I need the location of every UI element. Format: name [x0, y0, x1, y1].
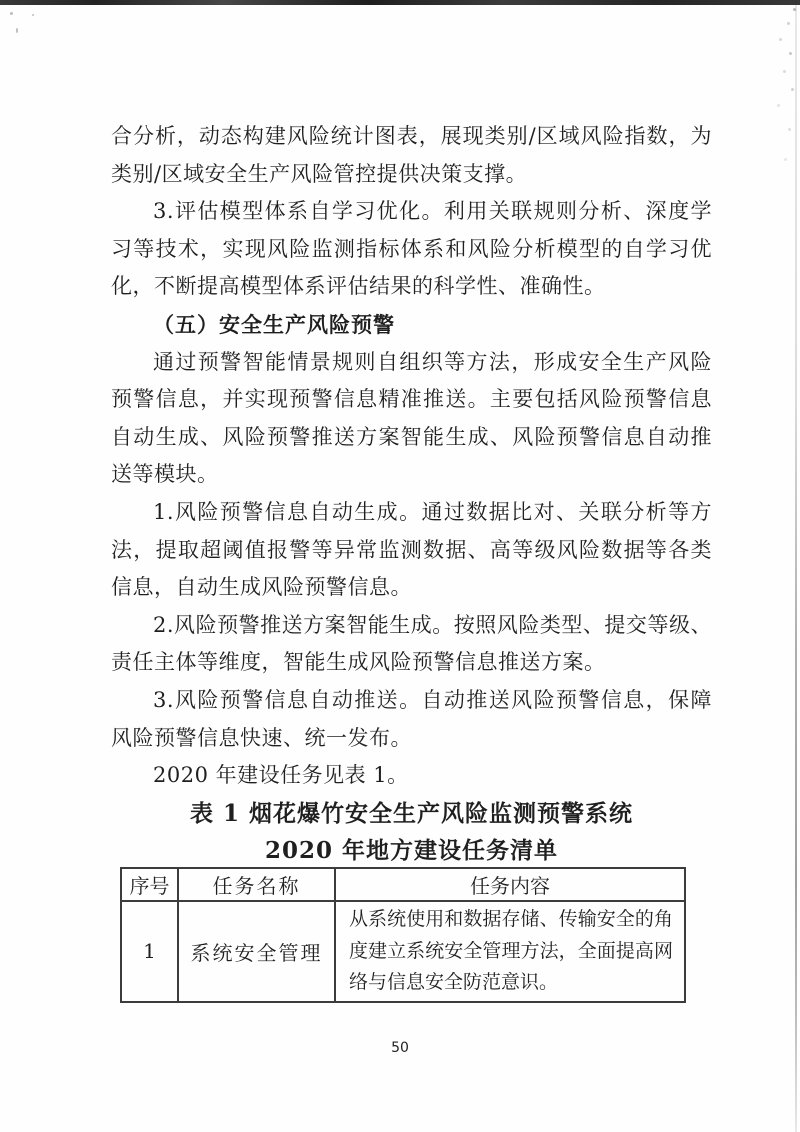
header-cell-name: 任务名称 — [178, 868, 335, 901]
cell-content-line: 从系统使用和数据存储、传输安全的角 — [349, 904, 673, 936]
body-line: 信息，自动生成风险预警信息。 — [111, 569, 712, 607]
scan-right-edge-artifact — [795, 0, 797, 1132]
body-line: 通过预警智能情景规则自组织等方法，形成安全生产风险 — [111, 344, 712, 382]
body-line: 2.风险预警推送方案智能生成。按照风险类型、提交等级、 — [111, 607, 712, 645]
cell-content-lines: 从系统使用和数据存储、传输安全的角 度建立系统安全管理方法，全面提高网 络与信息… — [336, 902, 684, 1001]
body-line: 习等技术，实现风险监测指标体系和风险分析模型的自学习优 — [111, 231, 712, 269]
page-number: 50 — [0, 1040, 800, 1056]
header-cell-content: 任务内容 — [335, 868, 685, 901]
document-page: 合分析，动态构建风险统计图表，展现类别/区域风险指数，为 类别/区域安全生产风险… — [0, 0, 800, 1132]
scan-top-edge-artifact — [0, 0, 800, 5]
task-table: 序号 任务名称 任务内容 1 系统安全管理 从系统使用和数据存储、传输安全的角 … — [120, 867, 686, 1003]
cell-content-line: 络与信息安全防范意识。 — [349, 967, 673, 999]
cell-name: 系统安全管理 — [178, 901, 335, 1002]
section-heading: （五）安全生产风险预警 — [111, 306, 712, 344]
cell-content-line: 度建立系统安全管理方法，全面提高网 — [349, 936, 673, 968]
scan-speck — [10, 12, 13, 15]
scan-speck — [16, 28, 18, 33]
body-line: 1.风险预警信息自动生成。通过数据比对、关联分析等方 — [111, 494, 712, 532]
body-line: 3.评估模型体系自学习优化。利用关联规则分析、深度学 — [111, 193, 712, 231]
body-text: 合分析，动态构建风险统计图表，展现类别/区域风险指数，为 类别/区域安全生产风险… — [111, 118, 712, 870]
body-line: 类别/区域安全生产风险管控提供决策支撑。 — [111, 156, 712, 194]
body-line: 责任主体等维度，智能生成风险预警信息推送方案。 — [111, 644, 712, 682]
scan-speckles — [793, 8, 796, 11]
body-line: 2020 年建设任务见表 1。 — [111, 757, 712, 795]
body-line: 风险预警信息快速、统一发布。 — [111, 720, 712, 758]
cell-no: 1 — [121, 901, 178, 1002]
body-line: 送等模块。 — [111, 456, 712, 494]
body-line: 化，不断提高模型体系评估结果的科学性、准确性。 — [111, 268, 712, 306]
table-header-row: 序号 任务名称 任务内容 — [121, 868, 685, 901]
scan-speck — [32, 14, 34, 16]
body-line: 预警信息，并实现预警信息精准推送。主要包括风险预警信息 — [111, 381, 712, 419]
table-row: 1 系统安全管理 从系统使用和数据存储、传输安全的角 度建立系统安全管理方法，全… — [121, 901, 685, 1002]
cell-content: 从系统使用和数据存储、传输安全的角 度建立系统安全管理方法，全面提高网 络与信息… — [335, 901, 685, 1002]
body-line: 自动生成、风险预警推送方案智能生成、风险预警信息自动推 — [111, 419, 712, 457]
body-line: 3.风险预警信息自动推送。自动推送风险预警信息，保障 — [111, 682, 712, 720]
body-line: 合分析，动态构建风险统计图表，展现类别/区域风险指数，为 — [111, 118, 712, 156]
body-line: 法，提取超阈值报警等异常监测数据、高等级风险数据等各类 — [111, 532, 712, 570]
header-cell-no: 序号 — [121, 868, 178, 901]
table-caption-line-1: 表 1 烟花爆竹安全生产风险监测预警系统 — [111, 795, 712, 833]
table-caption-line-2: 2020 年地方建设任务清单 — [111, 832, 712, 870]
